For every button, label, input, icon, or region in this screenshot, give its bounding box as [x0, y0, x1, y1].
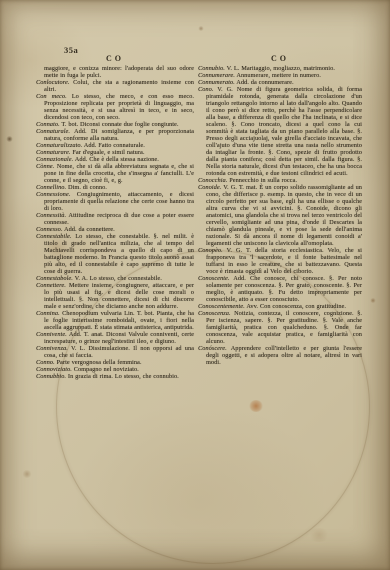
- entry-definition: Add. da connettere.: [64, 226, 115, 233]
- entry-headword: Connoviziato.: [36, 366, 72, 373]
- dictionary-entry: Con meco. Lo stesso, che meco, e con ess…: [36, 93, 194, 121]
- entry-headword: Conoscente.: [198, 275, 230, 282]
- entry-definition: Parte vergognosa della femmina.: [57, 359, 142, 366]
- entry-headword: Connestabile.: [36, 233, 72, 240]
- entry-definition: Attitudine reciproca di due cose a poter…: [44, 212, 194, 226]
- left-column: maggiore, e conizza minore: l'adoperata …: [36, 65, 194, 380]
- dictionary-entry: Connettere. Mettere insieme, congiugnere…: [36, 282, 194, 310]
- foxing-spot: [308, 528, 330, 542]
- entry-definition: Add. Che conosce, chi conosce. §. Per no…: [206, 275, 362, 303]
- entry-headword: Connaturare.: [36, 149, 71, 156]
- foxing-spot: [22, 470, 32, 478]
- entry-definition: Avv. Con conoscenza, con gratitudine.: [246, 303, 346, 310]
- entry-headword: Conóscere.: [198, 345, 227, 352]
- entry-definition: Nome, che si dà alla abbreviatura segnat…: [44, 163, 194, 184]
- dictionary-entry: Connato. T. bot. Diconsi connate due fog…: [36, 121, 194, 128]
- entry-headword: Conoscentemente.: [198, 303, 245, 310]
- entry-headword: Connivenza.: [36, 345, 68, 352]
- dictionary-entry: Cònne. Nome, che si dà alla abbreviatura…: [36, 163, 194, 184]
- entry-definition: In grazia di rima. Lo stesso, che connub…: [68, 373, 179, 380]
- dictionary-entry: Connivenza. V. L. Dissimulazione. Il non…: [36, 345, 194, 359]
- entry-definition: T. bot. Diconsi connate due foglie congi…: [61, 121, 178, 128]
- dictionary-entry: Connumerare. Annumerare, mettere in nume…: [198, 72, 362, 79]
- entry-definition: Apprendere coll'intelletto e per giunta …: [206, 345, 362, 366]
- entry-definition: V. G. T. della storia ecclesiastica. Vel…: [206, 247, 362, 275]
- dictionary-entry: Conno. Parte vergognosa della femmina.: [36, 359, 194, 366]
- dictionary-entry: Conlocutore. Colui, che sta a ragionamen…: [36, 79, 194, 93]
- entry-definition: Compagno nel noviziato.: [74, 366, 139, 373]
- entry-headword: Conoide.: [198, 184, 221, 191]
- rust-stain: [249, 400, 263, 412]
- entry-headword: Connessità.: [36, 212, 66, 219]
- entry-headword: Connesso.: [36, 226, 63, 233]
- dictionary-entry: Connesso. Add. da connettere.: [36, 226, 194, 233]
- entry-definition: Chenopodium vulvaria Lin. T. bot. Pianta…: [44, 310, 194, 331]
- entry-definition: V. G. T. mat. È un corpo solido rassomig…: [206, 184, 362, 247]
- entry-headword: Connato.: [36, 121, 60, 128]
- dictionary-entry: Connaturalizzato. Add. Fatto connaturale…: [36, 142, 194, 149]
- entry-definition: Annumerare, mettere in numero.: [236, 72, 321, 79]
- dictionary-entry: Connoviziato. Compagno nel noviziato.: [36, 366, 194, 373]
- dictionary-entry: Connubbio. In grazia di rima. Lo stesso,…: [36, 373, 194, 380]
- entry-headword: Cono.: [198, 86, 213, 93]
- entry-headword: Cònne.: [36, 163, 54, 170]
- entry-definition: Pennecchio in sulla rocca.: [229, 177, 297, 184]
- entry-definition: V. G. Nome di figura geometrica solida, …: [206, 86, 362, 177]
- entry-headword: Connazionale.: [36, 156, 73, 163]
- entry-headword: Connaturale.: [36, 128, 70, 135]
- dictionary-entry: Connaturale. Add. Di somiglianza, e per …: [36, 128, 194, 142]
- entry-headword: Connubio.: [198, 65, 225, 72]
- entry-headword: Connaturalizzato.: [36, 142, 82, 149]
- dictionary-entry: Conoscente. Add. Che conosce, chi conosc…: [198, 275, 362, 303]
- page-number: 35a: [64, 45, 78, 55]
- column-header-right: CO: [271, 54, 289, 63]
- entry-headword: Connumerato.: [198, 79, 235, 86]
- dictionary-entry: Connestabile. Lo stesso, che conestabile…: [36, 233, 194, 275]
- dictionary-entry: Connessione. Congiugnimento, attaccament…: [36, 191, 194, 212]
- entry-headword: Connivente.: [36, 331, 67, 338]
- entry-headword: Connessione.: [36, 191, 70, 198]
- entry-definition: Lo stesso, che meco, e con esso meco. Pr…: [44, 93, 194, 121]
- column-header-left: CO: [106, 54, 124, 63]
- dictionary-entry: Connazionale. Add. Che è della stessa na…: [36, 156, 194, 163]
- dictionary-entry: Conopèo. V. G. T. della storia ecclesias…: [198, 247, 362, 275]
- dictionary-entry: Conoscenza. Notizia, contezza, il conosc…: [198, 310, 362, 345]
- dictionary-entry: Connestabole. V. A. Lo stesso, che conne…: [36, 275, 194, 282]
- entry-definition: Mettere insieme, congiugnere, attaccare,…: [44, 282, 194, 310]
- entry-headword: Conlocutore.: [36, 79, 69, 86]
- dictionary-entry: Conocchia. Pennecchio in sulla rocca.: [198, 177, 362, 184]
- entry-headword: Connubbio.: [36, 373, 66, 380]
- dictionary-entry: Conoscentemente. Avv. Con conoscenza, co…: [198, 303, 362, 310]
- entry-headword: Con meco.: [36, 93, 67, 100]
- dictionary-entry: Cono. V. G. Nome di figura geometrica so…: [198, 86, 362, 177]
- entry-headword: Conno.: [36, 359, 55, 366]
- entry-headword: Connestabole.: [36, 275, 73, 282]
- scanned-dictionary-page: 35a CO CO maggiore, e conizza minore: l'…: [0, 0, 390, 570]
- entry-headword: Connellino.: [36, 184, 66, 191]
- dictionary-entry: Connessità. Attitudine reciproca di due …: [36, 212, 194, 226]
- entry-headword: Connina.: [36, 310, 60, 317]
- dictionary-entry: Connina. Chenopodium vulvaria Lin. T. bo…: [36, 310, 194, 331]
- dictionary-entry: Connivente. Add. T. anat. Diconsi Valvul…: [36, 331, 194, 345]
- dictionary-entry: Connumerato. Add. da connumerare.: [198, 79, 362, 86]
- ink-fleck: [6, 136, 13, 142]
- entry-definition: Far d'eguale, e simil natura.: [72, 149, 144, 156]
- dictionary-entry: Conoide. V. G. T. mat. È un corpo solido…: [198, 184, 362, 247]
- right-column: Connubio. V. L. Maritaggio, mogliazzo, m…: [198, 65, 362, 366]
- dictionary-entry: Connubio. V. L. Maritaggio, mogliazzo, m…: [198, 65, 362, 72]
- entry-headword: Connettere.: [36, 282, 66, 289]
- entry-definition: V. A. Lo stesso, che connestabile.: [75, 275, 162, 282]
- entry-definition: Add. Fatto connaturale.: [84, 142, 145, 149]
- dictionary-entry: Connellino. Dim. di conno.: [36, 184, 194, 191]
- dictionary-entry: maggiore, e conizza minore: l'adoperata …: [36, 65, 194, 79]
- entry-definition: Add. da connumerare.: [236, 79, 293, 86]
- entry-headword: Connumerare.: [198, 72, 235, 79]
- entry-definition: V. L. Maritaggio, mogliazzo, matrimonio.: [227, 65, 335, 72]
- entry-definition: Lo stesso, che conestabile. §. nel milit…: [44, 233, 194, 275]
- entry-headword: Conocchia.: [198, 177, 227, 184]
- foxing-spot: [198, 26, 204, 31]
- entry-definition: Add. T. anat. Diconsi Valvule conniventi…: [44, 331, 194, 345]
- entry-headword: Conopèo.: [198, 247, 223, 254]
- foxing-spot: [370, 298, 376, 303]
- dictionary-entry: Connaturare. Far d'eguale, e simil natur…: [36, 149, 194, 156]
- entry-definition: maggiore, e conizza minore: l'adoperata …: [44, 65, 194, 79]
- entry-definition: Dim. di conno.: [68, 184, 107, 191]
- dictionary-entry: Conóscere. Apprendere coll'intelletto e …: [198, 345, 362, 366]
- entry-headword: Conoscenza.: [198, 310, 231, 317]
- entry-definition: Add. Che è della stessa nazione.: [75, 156, 159, 163]
